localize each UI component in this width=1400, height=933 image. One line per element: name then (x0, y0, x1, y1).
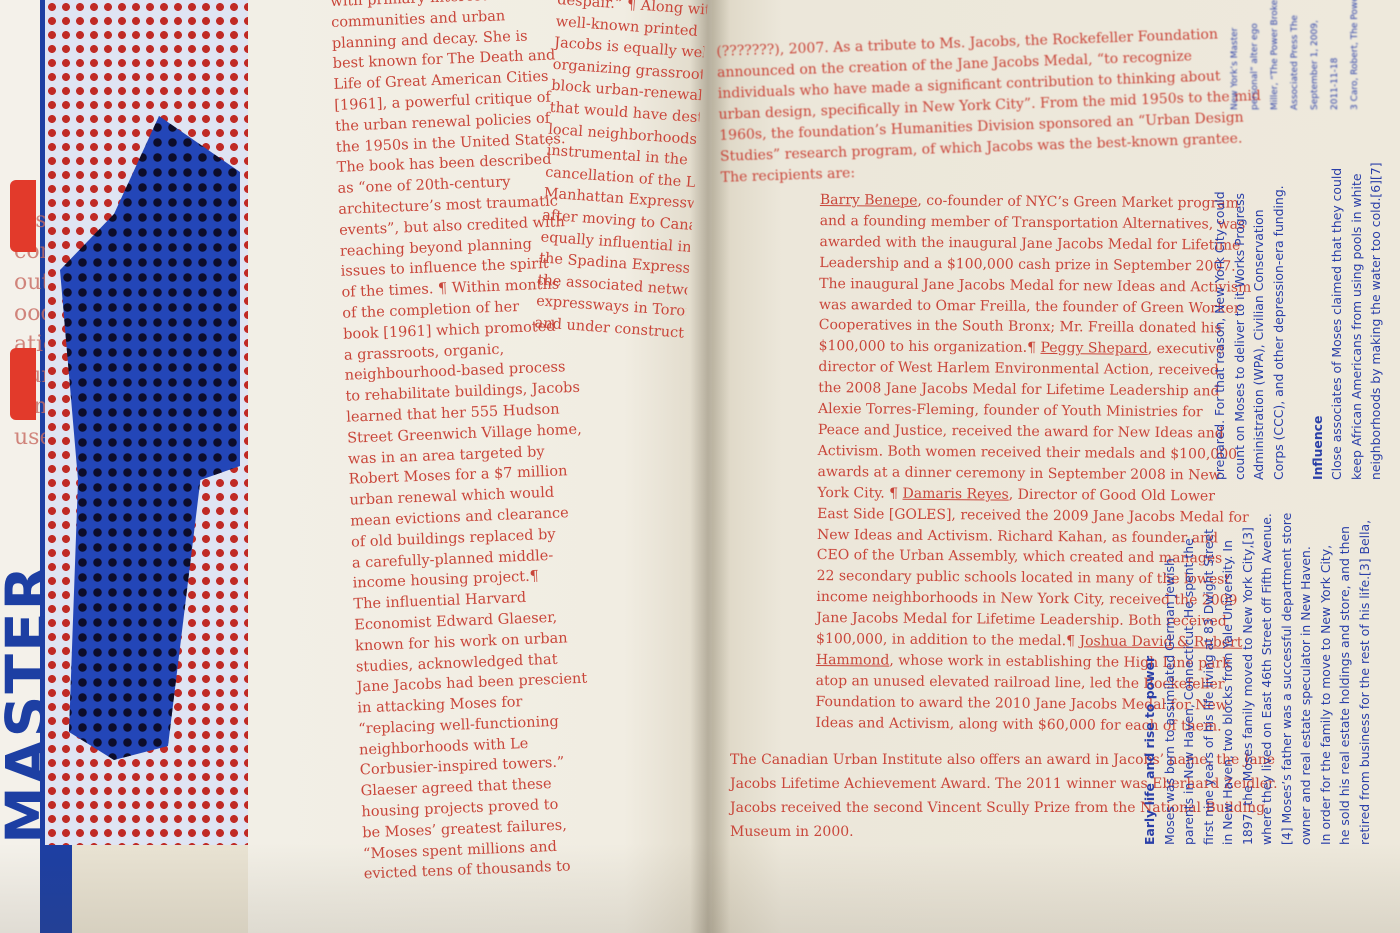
recipient-name-link[interactable]: Hammond (816, 652, 890, 669)
recipient-name-link[interactable]: Damaris Reyes (902, 485, 1008, 502)
reference-line: New York’s Master (1225, 0, 1245, 110)
footnote-line: Moses was born to assimilated German Jew… (1160, 145, 1180, 845)
reference-line: September 1, 2009, (1305, 0, 1325, 110)
reference-list: New York’s Master personal” alter ego Mi… (1225, 0, 1365, 110)
book-spread-photo: ınse com out ood atio ouns cing use. MAS… (0, 0, 1400, 933)
reference-line: personal” alter ego (1245, 0, 1265, 110)
footnote-line: neighborhoods by making the water too co… (1366, 0, 1386, 480)
text-fragment: $100,000, in addition to the medal.¶ (816, 631, 1080, 649)
text-fragment: $100,000 to his organization.¶ (819, 338, 1041, 356)
text-fragment: York City. ¶ (817, 485, 902, 502)
recipient-name-link[interactable]: Peggy Shepard (1040, 340, 1147, 357)
reference-text: Caro, Robert, The Power Broker (1350, 0, 1360, 101)
footnote-heading: Early life and rise to power (1140, 145, 1160, 845)
photo-shadow (0, 843, 1400, 933)
red-page-tab[interactable] (10, 180, 36, 252)
reference-number: 3 (1350, 104, 1360, 110)
footnote-line: parents in New Haven, Connecticut. He sp… (1179, 145, 1199, 845)
reference-line: Associated Press The (1285, 0, 1305, 110)
red-page-tab[interactable] (10, 348, 36, 420)
recipient-name-link[interactable]: Barry Benepe (820, 192, 918, 209)
reference-line: 3 Caro, Robert, The Power Broker (1345, 0, 1365, 110)
reference-line: 2011-11-18 (1325, 0, 1345, 110)
left-column-2: despair.” ¶ Along with well-known printe… (534, 0, 708, 345)
reference-line: Miller, “The Power Broker (1265, 0, 1285, 110)
